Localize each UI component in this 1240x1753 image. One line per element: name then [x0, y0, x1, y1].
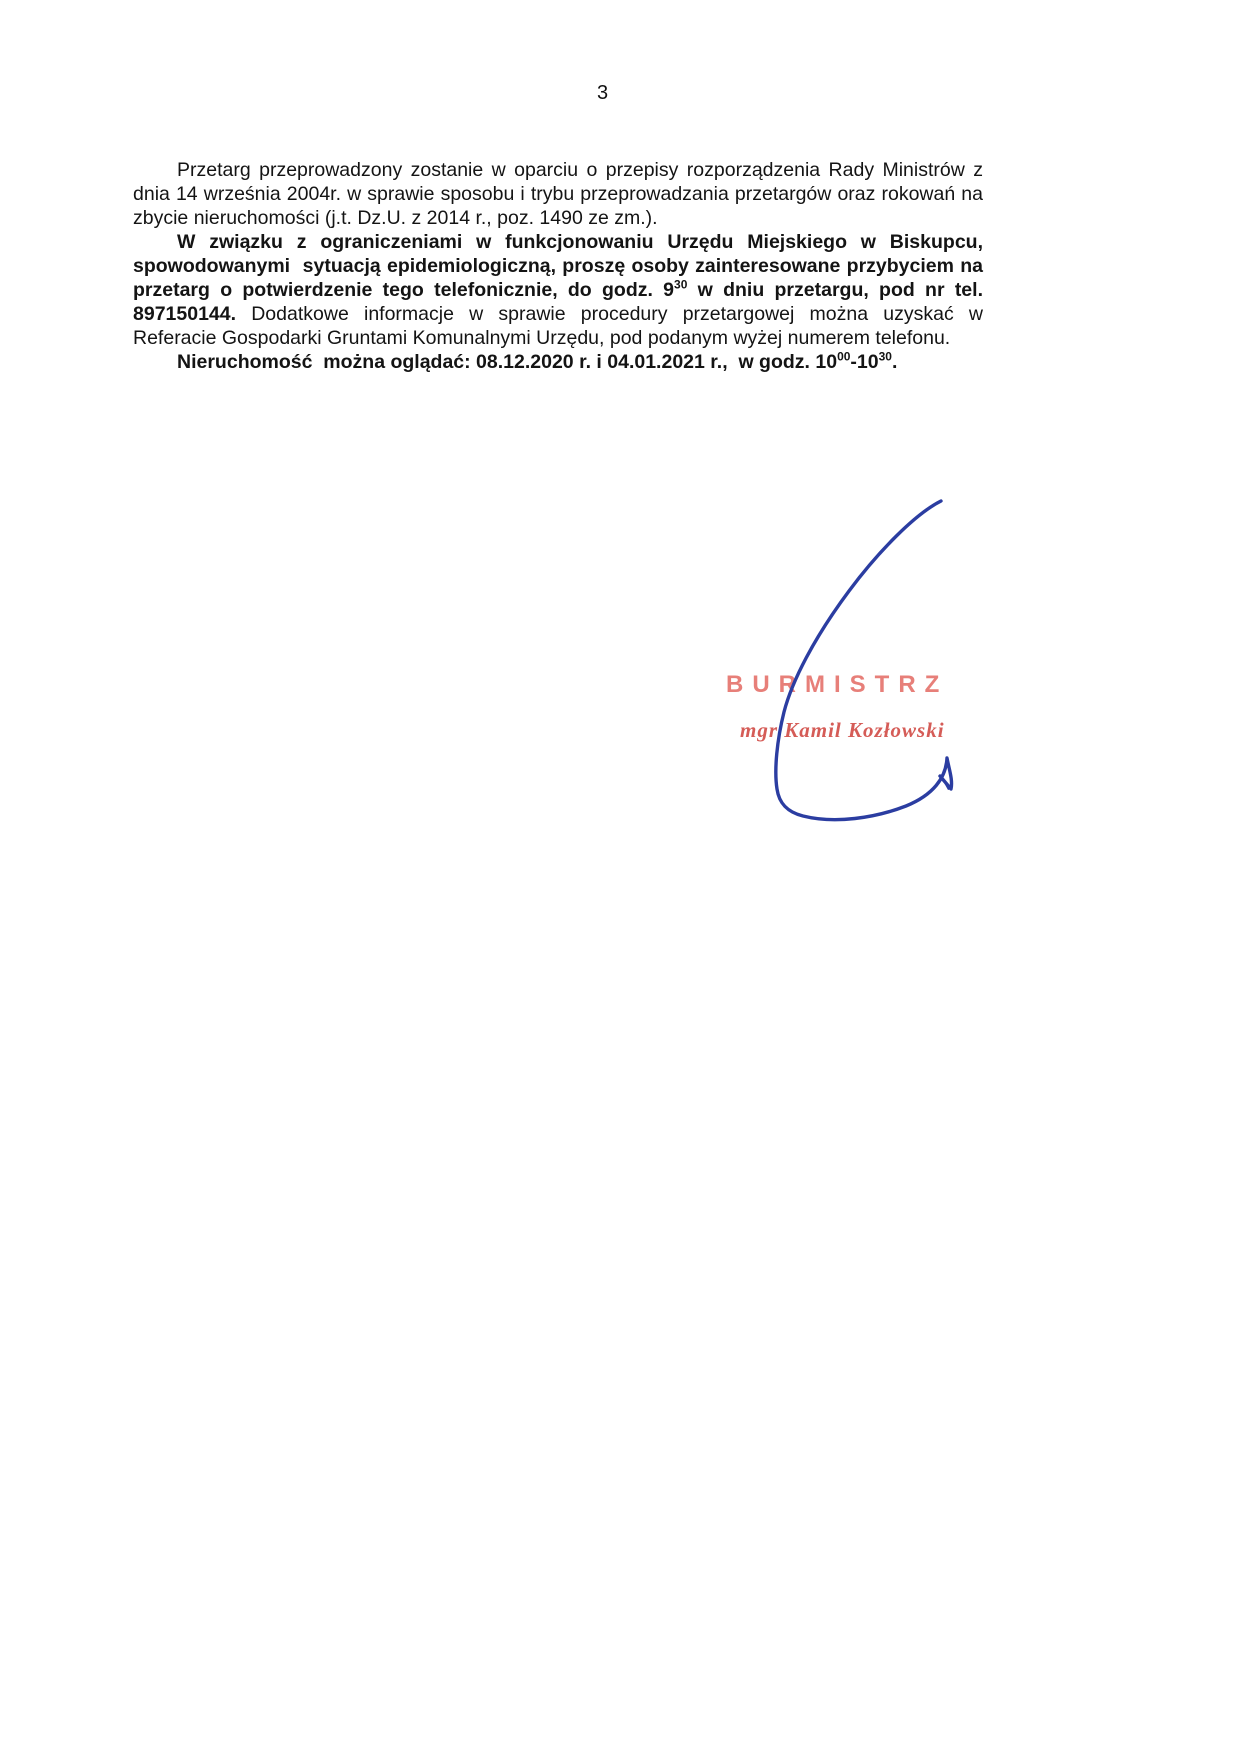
time-930-superscript: 30	[674, 278, 687, 292]
document-page: 3 Przetarg przeprowadzony zostanie w opa…	[0, 0, 1240, 1753]
paragraph-viewing-dates: Nieruchomość można oglądać: 08.12.2020 r…	[133, 350, 983, 374]
document-body: Przetarg przeprowadzony zostanie w oparc…	[133, 158, 983, 374]
viewing-dates-period: .	[892, 351, 897, 373]
viewing-dates-dash: -10	[850, 351, 878, 373]
signature-stroke	[776, 501, 952, 820]
viewing-dates-text: Nieruchomość można oglądać: 08.12.2020 r…	[177, 351, 837, 373]
page-number: 3	[0, 82, 1205, 105]
paragraph-tender-basis: Przetarg przeprowadzony zostanie w oparc…	[133, 158, 983, 230]
time-1030-superscript: 30	[879, 350, 892, 364]
handwritten-signature	[630, 440, 1010, 840]
paragraph-covid-notice: W związku z ograniczeniami w funkcjonowa…	[133, 230, 983, 350]
covid-notice-regular-text: Dodatkowe informacje w sprawie procedury…	[133, 303, 983, 349]
paragraph-tender-basis-text: Przetarg przeprowadzony zostanie w oparc…	[133, 159, 983, 229]
time-1000-superscript: 00	[837, 350, 850, 364]
